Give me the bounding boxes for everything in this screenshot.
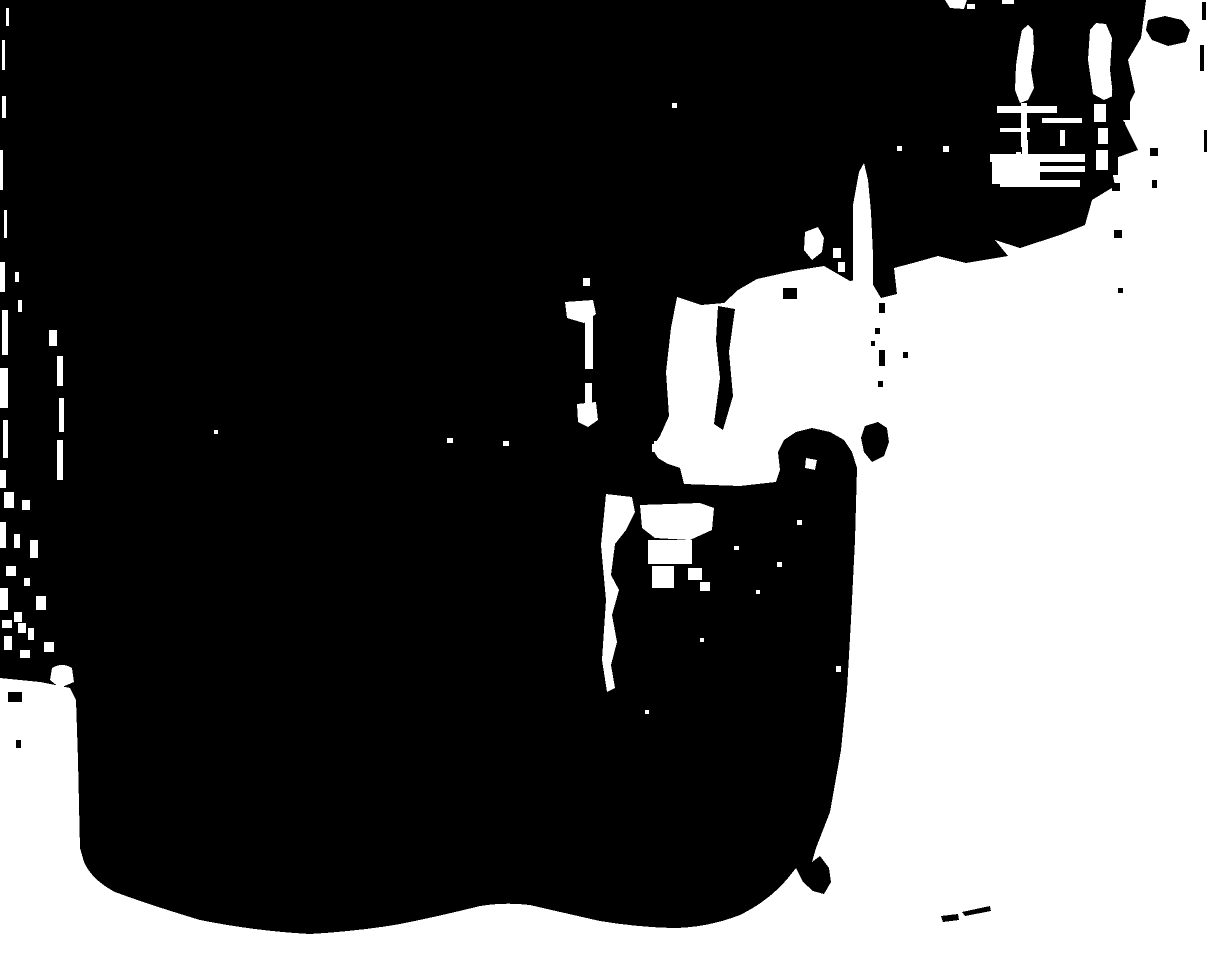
black-detail-speck <box>8 692 22 702</box>
white-detail-speck <box>836 666 841 672</box>
white-detail-speck <box>0 262 5 292</box>
white-detail-speck <box>943 146 949 152</box>
white-detail-speck <box>0 470 6 488</box>
white-detail-speck <box>18 300 22 312</box>
black-detail-speck <box>1112 183 1120 191</box>
white-detail-speck <box>57 356 63 386</box>
white-detail-speck <box>777 562 782 567</box>
black-detail-speck <box>1108 155 1118 175</box>
white-detail-speck <box>833 248 841 258</box>
white-detail-speck <box>36 596 46 610</box>
white-detail-speck <box>6 8 9 26</box>
white-detail-speck <box>503 441 509 446</box>
white-detail-speck <box>4 636 12 650</box>
white-detail-speck <box>652 444 662 452</box>
white-detail-speck <box>49 330 57 346</box>
white-detail-speck <box>14 612 22 622</box>
white-detail-speck <box>1098 128 1108 144</box>
white-detail-speck <box>214 430 218 434</box>
white-detail-speck <box>3 420 8 458</box>
black-detail-speck <box>875 328 880 334</box>
white-detail-speck <box>1042 118 1082 123</box>
white-detail-speck <box>18 623 26 633</box>
white-detail-speck <box>2 96 6 118</box>
white-detail-speck <box>2 620 12 628</box>
black-detail-speck <box>1112 90 1130 120</box>
black-detail-speck <box>1118 288 1123 293</box>
white-detail-speck <box>1096 150 1108 170</box>
black-detail-speck <box>871 341 875 346</box>
white-detail-speck <box>897 146 902 151</box>
white-detail-speck <box>30 540 38 558</box>
white-detail-speck <box>57 440 63 480</box>
white-detail-speck <box>28 628 34 640</box>
white-detail-speck <box>1016 152 1021 160</box>
white-detail-speck <box>797 520 802 525</box>
black-detail-speck <box>879 350 885 366</box>
white-detail-speck <box>0 588 8 610</box>
white-detail-speck <box>22 500 30 510</box>
white-detail-speck <box>1060 130 1065 146</box>
white-detail-speck <box>14 534 20 548</box>
black-detail-speck <box>903 352 908 358</box>
black-detail-speck <box>1150 148 1158 156</box>
white-detail-speck <box>585 307 593 369</box>
binarized-photo <box>0 0 1208 971</box>
white-detail-speck <box>668 450 676 456</box>
scene-svg <box>0 0 1208 971</box>
black-detail-speck <box>1200 45 1204 71</box>
white-detail-speck <box>6 566 16 576</box>
white-detail-speck <box>585 383 592 411</box>
white-detail-speck <box>4 492 14 508</box>
black-detail-speck <box>1110 122 1125 146</box>
white-detail-speck <box>44 642 54 652</box>
black-detail-speck <box>16 740 21 748</box>
white-detail-speck <box>583 278 590 286</box>
white-detail-speck <box>447 438 453 443</box>
white-detail-speck <box>4 210 7 238</box>
white-detail-speck <box>652 566 674 588</box>
white-detail-speck <box>1040 166 1085 172</box>
white-detail-speck <box>1000 180 1080 187</box>
white-detail-speck <box>1021 103 1027 147</box>
black-detail-speck <box>1202 2 1206 20</box>
white-detail-speck <box>15 272 19 282</box>
black-detail-speck <box>1152 180 1157 188</box>
white-detail-speck <box>756 590 760 594</box>
white-detail-speck <box>688 568 702 580</box>
white-detail-speck <box>24 578 30 586</box>
white-detail-speck <box>1094 104 1106 122</box>
white-detail-speck <box>672 103 677 108</box>
black-detail-speck <box>1114 230 1122 238</box>
white-detail-speck <box>2 40 5 70</box>
black-detail-speck <box>879 303 885 313</box>
white-detail-speck <box>967 4 975 9</box>
white-detail-speck <box>838 262 845 272</box>
white-detail-speck <box>59 398 64 432</box>
white-detail-speck <box>648 540 692 564</box>
black-detail-speck <box>1204 130 1207 152</box>
white-detail-speck <box>0 368 8 408</box>
white-detail-speck <box>700 638 704 642</box>
black-detail-speck <box>878 381 883 387</box>
black-detail-speck <box>783 288 797 299</box>
white-detail-speck <box>700 582 710 591</box>
white-detail-speck <box>1002 0 1014 4</box>
white-detail-speck <box>0 522 6 548</box>
white-detail-speck <box>2 310 8 355</box>
white-detail-speck <box>20 650 30 658</box>
white-detail-speck <box>0 150 3 190</box>
white-detail-speck <box>645 710 649 714</box>
white-detail-region <box>805 458 817 470</box>
white-detail-speck <box>734 546 739 550</box>
